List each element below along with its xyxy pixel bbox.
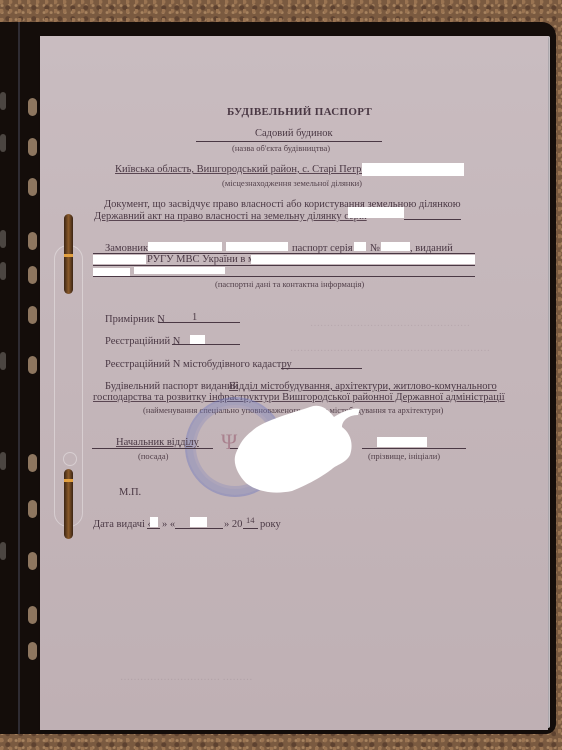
fastener-ring xyxy=(63,452,77,466)
copy-line xyxy=(158,322,240,323)
fastener-prong-bottom xyxy=(64,469,73,539)
fastener-prong-top xyxy=(64,214,73,294)
date-month-line xyxy=(175,528,223,529)
seal-label: М.П. xyxy=(119,487,141,498)
redacted-address xyxy=(251,255,475,264)
name-caption: (прізвище, ініціали) xyxy=(368,451,440,461)
binder-holes xyxy=(0,22,40,734)
redacted-customer-name xyxy=(226,242,288,251)
copy-label: Примірник N xyxy=(105,314,165,325)
issued-by: РУГУ МВС України в м. xyxy=(147,254,257,265)
redacted-passport-series xyxy=(354,242,366,251)
redacted-date-month xyxy=(190,517,207,527)
position-caption: (посада) xyxy=(138,451,168,461)
redacted-signatory-name xyxy=(377,437,427,447)
registration-label: Реєстраційний N xyxy=(105,336,180,347)
ownership-doc-value: Державний акт на право власності на земе… xyxy=(94,211,367,222)
date-year-prefix: » 20 xyxy=(224,519,242,530)
object-name: Садовий будинок xyxy=(255,128,333,139)
position-line xyxy=(92,448,213,449)
redacted-issue-date xyxy=(93,255,146,264)
redacted-customer-surname xyxy=(148,242,222,251)
object-name-line xyxy=(196,141,382,142)
redacted-phone-2 xyxy=(134,267,225,274)
cadastre-line xyxy=(281,368,362,369)
redacted-phone-1 xyxy=(93,268,130,276)
date-year-suffix: 14 xyxy=(246,515,255,525)
customer-line-3 xyxy=(93,276,475,277)
name-line xyxy=(362,448,466,449)
date-end: року xyxy=(260,519,281,530)
issuer-line-2: господарства та розвитку інфраструктури … xyxy=(93,392,505,403)
cadastre-label: Реєстраційний N містобудівного кадастру xyxy=(105,359,292,370)
passport-caption: (паспортні дані та контактна інформація) xyxy=(215,279,364,289)
date-label: Дата видачі « xyxy=(93,519,153,530)
redacted-registration-number xyxy=(190,335,205,344)
redacted-passport-number xyxy=(381,242,410,251)
customer-line-2 xyxy=(93,265,475,266)
registration-line xyxy=(172,344,240,345)
issuer-line-1: Відділ містобудування, архітектури, житл… xyxy=(229,381,497,392)
date-year-line xyxy=(243,528,258,529)
ownership-doc-label: Документ, що засвідчує право власності а… xyxy=(104,199,461,210)
location-value: Київська область, Вишгородський район, с… xyxy=(115,164,380,175)
redacted-date-day xyxy=(150,517,158,527)
position-value: Начальник відділу xyxy=(116,437,199,448)
redacted-act-series xyxy=(348,207,404,218)
location-caption: (місцезнаходження земельної ділянки) xyxy=(222,178,362,188)
object-name-caption: (назва об'єкта будівництва) xyxy=(232,143,330,153)
date-day-line xyxy=(147,528,160,529)
ownership-line xyxy=(404,219,461,220)
issued-passport-label: Будівельний паспорт виданий xyxy=(105,381,238,392)
date-mid: » « xyxy=(162,519,175,530)
redacted-location xyxy=(362,163,464,176)
redacted-signature xyxy=(232,403,362,493)
document-title: БУДІВЕЛЬНИЙ ПАСПОРТ xyxy=(227,106,372,118)
